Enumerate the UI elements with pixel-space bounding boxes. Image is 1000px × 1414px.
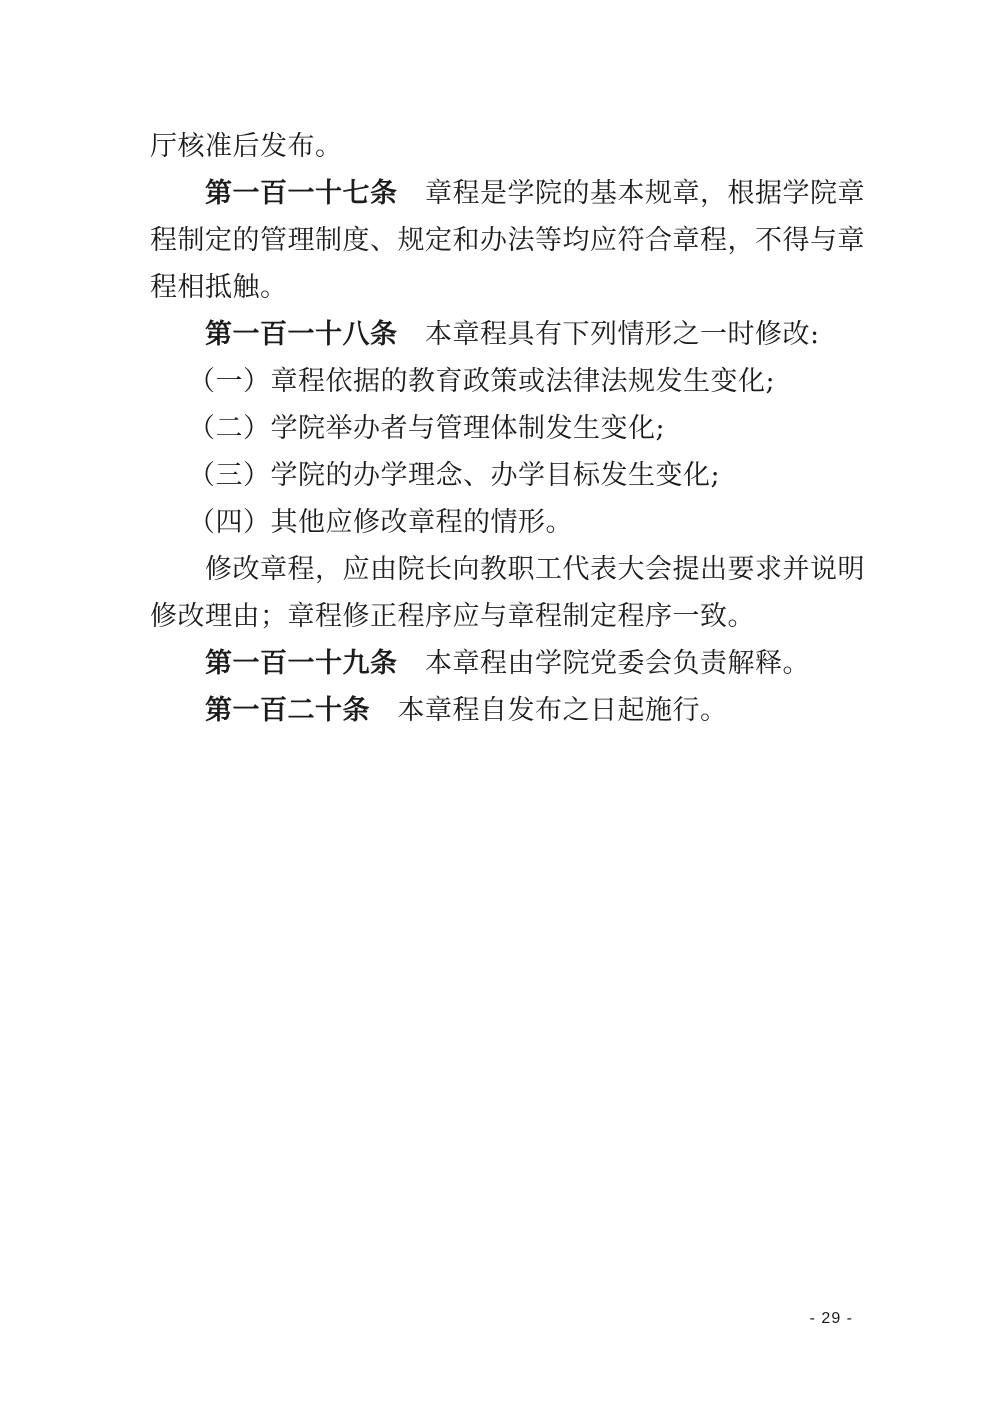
document-page: 厅核准后发布。第一百一十七条 章程是学院的基本规章，根据学院章程制定的管理制度、… bbox=[0, 0, 1000, 1414]
text-line: 修改理由；章程修正程序应与章程制定程序一致。 bbox=[150, 593, 853, 640]
text-line: 第一百一十八条 本章程具有下列情形之一时修改: bbox=[150, 311, 853, 358]
document-body: 厅核准后发布。第一百一十七条 章程是学院的基本规章，根据学院章程制定的管理制度、… bbox=[150, 123, 853, 734]
article-number: 第一百一十八条 bbox=[205, 319, 398, 350]
text-line: （三）学院的办学理念、办学目标发生变化; bbox=[150, 452, 853, 499]
text-line: 程相抵触。 bbox=[150, 264, 853, 311]
text-line: （二）学院举办者与管理体制发生变化; bbox=[150, 405, 853, 452]
body-text: （二）学院举办者与管理体制发生变化; bbox=[188, 413, 665, 444]
page-number: - 29 - bbox=[150, 1308, 853, 1330]
article-number: 第一百二十条 bbox=[205, 695, 370, 726]
article-number: 第一百一十九条 bbox=[205, 648, 398, 679]
body-text: 章程是学院的基本规章，根据学院章 bbox=[398, 178, 866, 209]
text-line: 修改章程，应由院长向教职工代表大会提出要求并说明 bbox=[150, 546, 853, 593]
body-text: （四）其他应修改章程的情形。 bbox=[188, 507, 573, 538]
body-text: 本章程由学院党委会负责解释。 bbox=[398, 648, 811, 679]
body-text: 修改理由；章程修正程序应与章程制定程序一致。 bbox=[150, 601, 755, 632]
text-line: 厅核准后发布。 bbox=[150, 123, 853, 170]
text-line: （一）章程依据的教育政策或法律法规发生变化; bbox=[150, 358, 853, 405]
body-text: 本章程自发布之日起施行。 bbox=[370, 695, 728, 726]
text-line: 第一百二十条 本章程自发布之日起施行。 bbox=[150, 687, 853, 734]
body-text: 程相抵触。 bbox=[150, 272, 288, 303]
body-text: 本章程具有下列情形之一时修改: bbox=[398, 319, 820, 350]
text-line: 第一百一十九条 本章程由学院党委会负责解释。 bbox=[150, 640, 853, 687]
text-line: 第一百一十七条 章程是学院的基本规章，根据学院章 bbox=[150, 170, 853, 217]
text-line: （四）其他应修改章程的情形。 bbox=[150, 499, 853, 546]
text-line: 程制定的管理制度、规定和办法等均应符合章程，不得与章 bbox=[150, 217, 853, 264]
body-text: 厅核准后发布。 bbox=[150, 131, 343, 162]
article-number: 第一百一十七条 bbox=[205, 178, 398, 209]
body-text: （一）章程依据的教育政策或法律法规发生变化; bbox=[188, 366, 775, 397]
body-text: 修改章程，应由院长向教职工代表大会提出要求并说明 bbox=[205, 554, 865, 585]
body-text: （三）学院的办学理念、办学目标发生变化; bbox=[188, 460, 720, 491]
body-text: 程制定的管理制度、规定和办法等均应符合章程，不得与章 bbox=[150, 225, 865, 256]
